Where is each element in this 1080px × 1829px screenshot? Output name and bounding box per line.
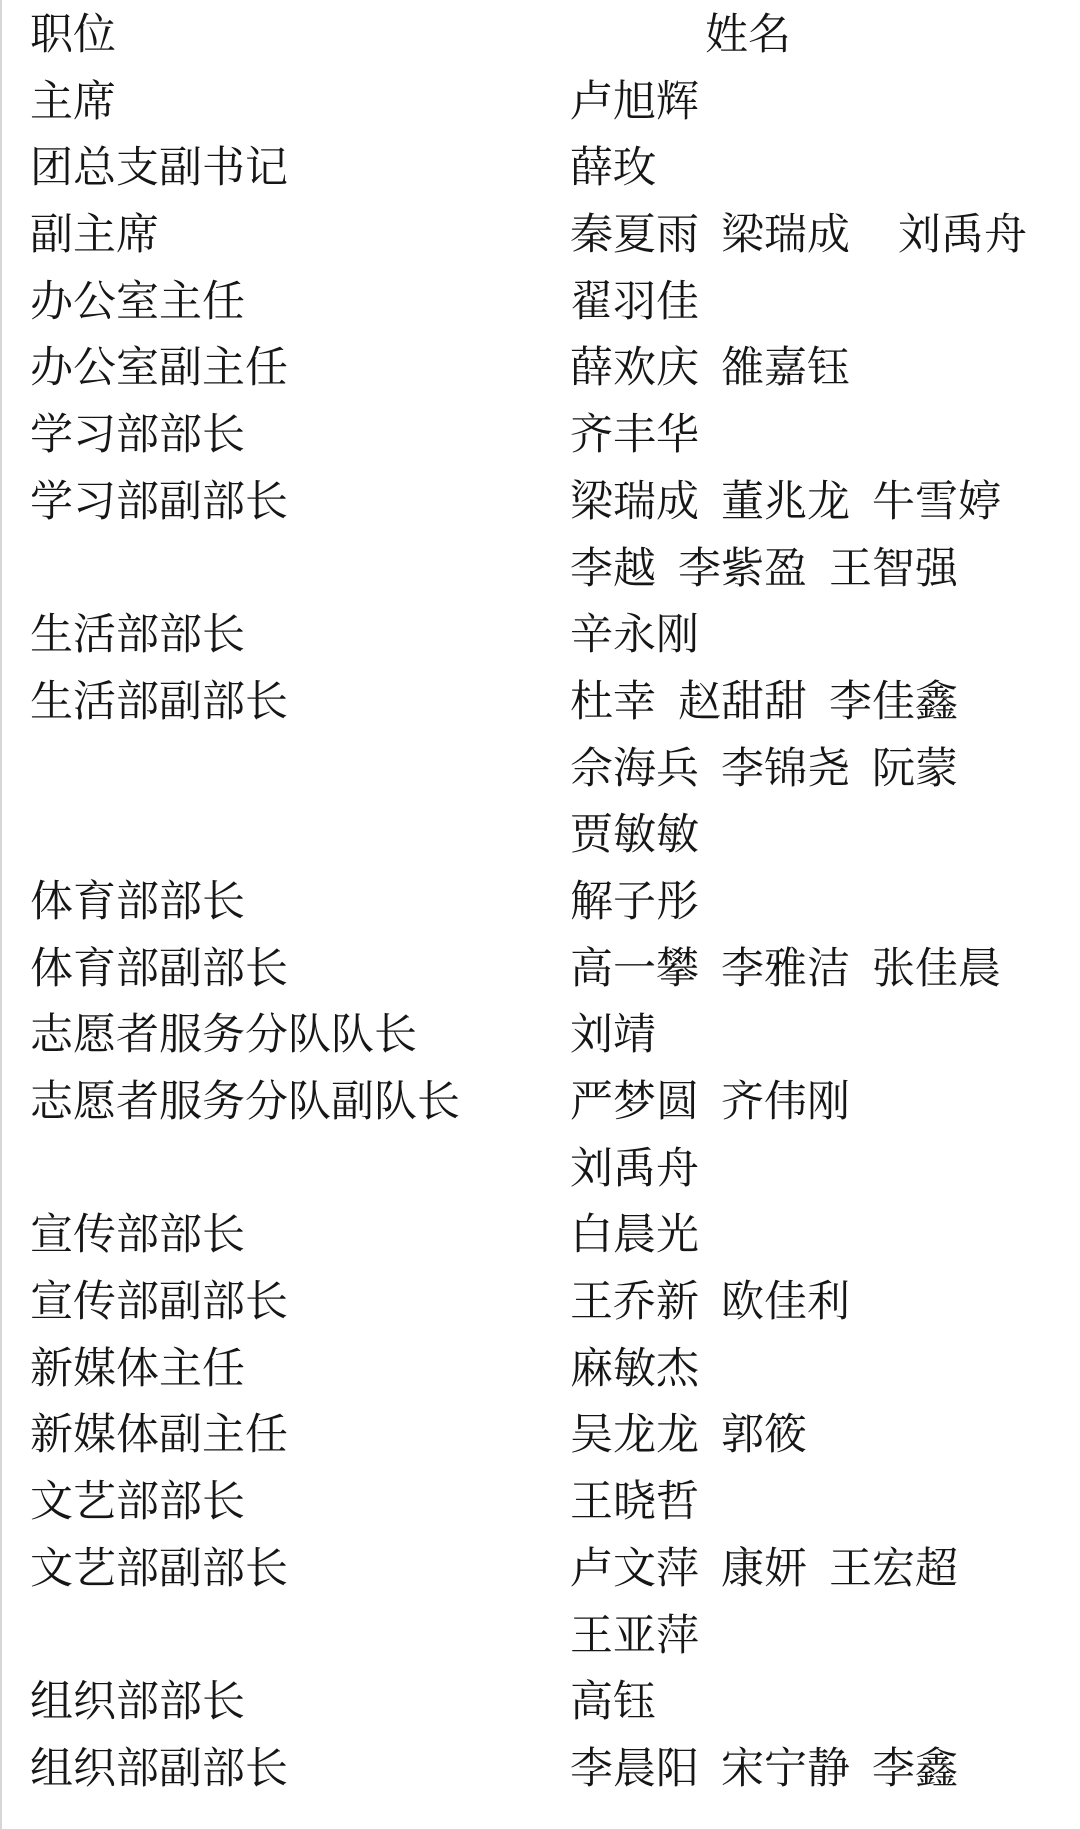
names-cell: 解子彤	[570, 869, 721, 936]
person-name: 李紫盈	[678, 536, 807, 603]
person-name: 白晨光	[570, 1202, 699, 1269]
table-header-row: 职位 姓名	[0, 2, 1080, 69]
column-header-name: 姓名	[705, 2, 791, 69]
position-cell: 组织部副部长	[30, 1736, 288, 1803]
position-cell: 学习部部长	[30, 402, 245, 469]
table-row: 体育部部长解子彤	[0, 869, 1080, 936]
table-row: 宣传部副部长王乔新欧佳利	[0, 1269, 1080, 1336]
person-name: 阮蒙	[872, 736, 958, 803]
person-name: 薛玫	[570, 135, 656, 202]
person-name: 李锦尧	[721, 736, 850, 803]
person-name: 王晓哲	[570, 1469, 699, 1536]
table-row: 主席卢旭辉	[0, 69, 1080, 136]
person-name: 董兆龙	[721, 469, 850, 536]
person-name: 高一攀	[570, 936, 699, 1003]
person-name: 杜幸	[570, 669, 656, 736]
names-cell: 麻敏杰	[570, 1336, 721, 1403]
person-name: 王智强	[829, 536, 958, 603]
table-row: 贾敏敏	[0, 802, 1080, 869]
names-cell: 佘海兵李锦尧阮蒙	[570, 736, 980, 803]
names-cell: 翟羽佳	[570, 269, 721, 336]
person-name: 翟羽佳	[570, 269, 699, 336]
position-cell: 文艺部部长	[30, 1469, 245, 1536]
names-cell: 白晨光	[570, 1202, 721, 1269]
names-cell: 杜幸赵甜甜李佳鑫	[570, 669, 980, 736]
person-name: 欧佳利	[721, 1269, 850, 1336]
position-cell: 学习部副部长	[30, 469, 288, 536]
person-name: 宋宁静	[721, 1736, 850, 1803]
names-cell: 李越李紫盈王智强	[570, 536, 980, 603]
table-row: 王亚萍	[0, 1603, 1080, 1670]
table-row: 组织部部长高钰	[0, 1669, 1080, 1736]
table-row: 办公室主任翟羽佳	[0, 269, 1080, 336]
position-cell: 办公室主任	[30, 269, 245, 336]
person-name: 李晨阳	[570, 1736, 699, 1803]
person-name: 刘靖	[570, 1002, 656, 1069]
names-cell: 贾敏敏	[570, 802, 721, 869]
names-cell: 王乔新欧佳利	[570, 1269, 872, 1336]
position-cell: 文艺部副部长	[30, 1536, 288, 1603]
position-cell: 生活部副部长	[30, 669, 288, 736]
names-cell: 辛永刚	[570, 602, 721, 669]
position-cell: 宣传部部长	[30, 1202, 245, 1269]
table-row: 组织部副部长李晨阳宋宁静李鑫	[0, 1736, 1080, 1803]
names-cell: 李晨阳宋宁静李鑫	[570, 1736, 980, 1803]
person-name: 辛永刚	[570, 602, 699, 669]
table-row: 学习部部长齐丰华	[0, 402, 1080, 469]
position-cell: 组织部部长	[30, 1669, 245, 1736]
table-row: 佘海兵李锦尧阮蒙	[0, 736, 1080, 803]
person-name: 卢文萍	[570, 1536, 699, 1603]
names-cell: 严梦圆齐伟刚	[570, 1069, 872, 1136]
column-header-position: 职位	[30, 2, 116, 69]
names-cell: 薛欢庆雒嘉钰	[570, 335, 872, 402]
position-cell: 副主席	[30, 202, 159, 269]
position-cell: 团总支副书记	[30, 135, 288, 202]
table-row: 团总支副书记薛玫	[0, 135, 1080, 202]
person-name: 解子彤	[570, 869, 699, 936]
names-cell: 王晓哲	[570, 1469, 721, 1536]
person-name: 郭筱	[721, 1402, 807, 1469]
table-row: 办公室副主任薛欢庆雒嘉钰	[0, 335, 1080, 402]
position-cell: 新媒体副主任	[30, 1402, 288, 1469]
person-name: 齐丰华	[570, 402, 699, 469]
names-cell: 刘禹舟	[570, 1136, 721, 1203]
person-name: 赵甜甜	[678, 669, 807, 736]
person-name: 王乔新	[570, 1269, 699, 1336]
person-name: 麻敏杰	[570, 1336, 699, 1403]
table-row: 志愿者服务分队队长刘靖	[0, 1002, 1080, 1069]
names-cell: 齐丰华	[570, 402, 721, 469]
table-row: 新媒体主任麻敏杰	[0, 1336, 1080, 1403]
person-name: 贾敏敏	[570, 802, 699, 869]
table-row: 生活部部长辛永刚	[0, 602, 1080, 669]
table-row: 副主席秦夏雨梁瑞成刘禹舟	[0, 202, 1080, 269]
roster-table: 职位 姓名 主席卢旭辉团总支副书记薛玫副主席秦夏雨梁瑞成刘禹舟办公室主任翟羽佳办…	[0, 2, 1080, 1803]
person-name: 齐伟刚	[721, 1069, 850, 1136]
person-name: 李雅洁	[721, 936, 850, 1003]
position-cell: 宣传部副部长	[30, 1269, 288, 1336]
names-cell: 梁瑞成董兆龙牛雪婷	[570, 469, 1023, 536]
names-cell: 高钰	[570, 1669, 678, 1736]
person-name: 秦夏雨	[570, 202, 699, 269]
names-cell: 高一攀李雅洁张佳晨	[570, 936, 1023, 1003]
person-name: 李佳鑫	[829, 669, 958, 736]
position-cell: 新媒体主任	[30, 1336, 245, 1403]
person-name: 薛欢庆	[570, 335, 699, 402]
table-row: 李越李紫盈王智强	[0, 536, 1080, 603]
position-cell: 志愿者服务分队副队长	[30, 1069, 460, 1136]
person-name: 梁瑞成	[570, 469, 699, 536]
person-name: 吴龙龙	[570, 1402, 699, 1469]
position-cell: 主席	[30, 69, 116, 136]
table-row: 宣传部部长白晨光	[0, 1202, 1080, 1269]
person-name: 严梦圆	[570, 1069, 699, 1136]
person-name: 雒嘉钰	[721, 335, 850, 402]
names-cell: 薛玫	[570, 135, 678, 202]
table-row: 文艺部副部长卢文萍康妍王宏超	[0, 1536, 1080, 1603]
person-name: 王亚萍	[570, 1603, 699, 1670]
position-cell: 体育部部长	[30, 869, 245, 936]
table-row: 新媒体副主任吴龙龙郭筱	[0, 1402, 1080, 1469]
position-cell: 生活部部长	[30, 602, 245, 669]
person-name: 康妍	[721, 1536, 807, 1603]
person-name: 张佳晨	[872, 936, 1001, 1003]
table-row: 志愿者服务分队副队长严梦圆齐伟刚	[0, 1069, 1080, 1136]
person-name: 梁瑞成	[721, 202, 850, 269]
names-cell: 吴龙龙郭筱	[570, 1402, 829, 1469]
names-cell: 卢文萍康妍王宏超	[570, 1536, 980, 1603]
names-cell: 刘靖	[570, 1002, 678, 1069]
person-name: 王宏超	[829, 1536, 958, 1603]
person-name: 李越	[570, 536, 656, 603]
names-cell: 秦夏雨梁瑞成刘禹舟	[570, 202, 1049, 269]
names-cell: 王亚萍	[570, 1603, 721, 1670]
position-cell: 体育部副部长	[30, 936, 288, 1003]
position-cell: 办公室副主任	[30, 335, 288, 402]
person-name: 高钰	[570, 1669, 656, 1736]
table-row: 学习部副部长梁瑞成董兆龙牛雪婷	[0, 469, 1080, 536]
person-name: 刘禹舟	[898, 202, 1027, 269]
person-name: 卢旭辉	[570, 69, 699, 136]
person-name: 刘禹舟	[570, 1136, 699, 1203]
person-name: 佘海兵	[570, 736, 699, 803]
table-row: 刘禹舟	[0, 1136, 1080, 1203]
table-row: 生活部副部长杜幸赵甜甜李佳鑫	[0, 669, 1080, 736]
person-name: 牛雪婷	[872, 469, 1001, 536]
names-cell: 卢旭辉	[570, 69, 721, 136]
table-body: 主席卢旭辉团总支副书记薛玫副主席秦夏雨梁瑞成刘禹舟办公室主任翟羽佳办公室副主任薛…	[0, 69, 1080, 1803]
table-row: 文艺部部长王晓哲	[0, 1469, 1080, 1536]
person-name: 李鑫	[872, 1736, 958, 1803]
table-row: 体育部副部长高一攀李雅洁张佳晨	[0, 936, 1080, 1003]
position-cell: 志愿者服务分队队长	[30, 1002, 417, 1069]
